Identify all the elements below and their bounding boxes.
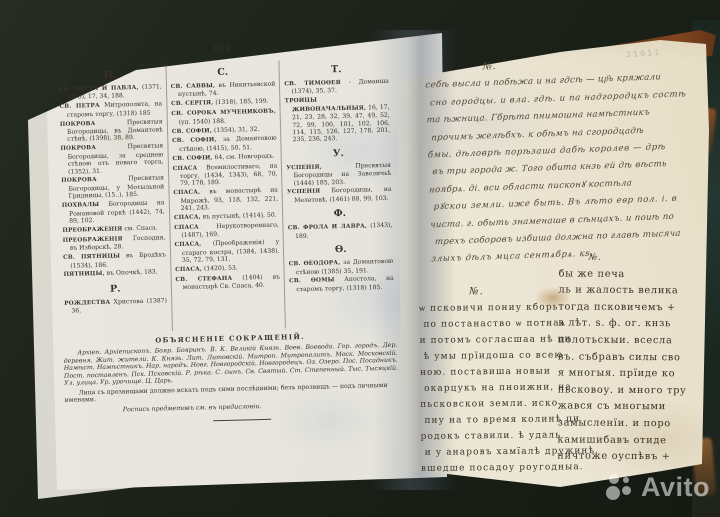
index-block: ПЯТНИЦЫ, въ Опочкѣ, 183. <box>63 269 166 280</box>
index-entry: ТРОИЦЫ ЖИВОНАЧАЛЬНЫЯ, 16, 17, 21, 23, 28… <box>285 95 391 144</box>
index-entry: СПАСА Всемилостиваго, на торгу, (1434, 1… <box>173 162 278 188</box>
handwritten-line: я многыя. прїиде ко <box>558 366 708 384</box>
handwritten-line: тогда псковичемъ + <box>558 299 708 317</box>
index-entry: СВ. СОРОКА МУЧЕНИКОВЪ, (уп. 1540) 188. <box>171 108 276 126</box>
entry-refs: (1354), 31, 32. <box>214 126 260 134</box>
index-block: ПОКРОВА Пресвятыя Богородицы, въ Доманто… <box>60 118 163 144</box>
index-entry: РОЖДЕСТВА Христова (1387) 36. <box>64 297 167 315</box>
index-entry: СВ. ТИМОѲЕЯ - Доманша (1374), 35, 37. <box>284 78 389 96</box>
entry-lead: СВ. СОФІИ, <box>172 155 212 162</box>
entry-lead: ПРЕОБРАЖЕНІЯ <box>62 226 122 233</box>
section-letter-heading: Р. <box>64 282 167 296</box>
index-block: СВ. СОФІИ, за Домантовою стѣною, (1415),… <box>172 135 277 153</box>
index-block: Ѳ. <box>288 243 393 257</box>
index-block: СВ. СОРОКА МУЧЕНИКОВЪ, (уп. 1540) 188. <box>171 108 276 126</box>
entry-refs: (1318), 185, 199. <box>215 98 268 106</box>
section-letter-heading: Ф. <box>287 207 392 221</box>
index-entry: УСПЕНІЯ Богородицы, на Мелетовѣ, (1461) … <box>287 186 392 204</box>
watermark-label: Avito <box>641 472 710 503</box>
index-block: ТРОИЦЫ ЖИВОНАЧАЛЬНЫЯ, 16, 17, 21, 23, 28… <box>285 95 391 144</box>
index-block: ПОКРОВА Пресвятыя Богородицы, у Мотыльно… <box>61 175 164 201</box>
entry-lead: СВ. ФРОЛА И ЛАВРА, <box>288 224 367 232</box>
index-entry: СВ. САВВЫ, въ Никитьевской пустынѣ, 74. <box>171 81 276 99</box>
index-block: СВ. ПЕТРА Митрополита, на старомъ торгу,… <box>59 101 162 119</box>
entry-lead: УСПЕНІЯ <box>287 189 320 196</box>
index-entry: СВ. ПЯТНИЦЫ въ Бродѣхъ (1534), 186. <box>63 251 166 269</box>
index-entry: СВ. ФРОЛА И ЛАВРА, (1343), 189. <box>288 222 393 240</box>
handwriting-block-semiuncial-right: №. бы же печаль и жалость великатогда пс… <box>557 249 709 466</box>
entry-lead: СПАСА, <box>175 242 202 249</box>
index-entry: ПРЕОБРАЖЕНІЯ Господня, въ Изборскѣ, 28. <box>63 234 166 252</box>
entry-lead: СВ. ТИМОѲЕЯ <box>284 80 341 87</box>
index-entry: ПОКРОВА Пресвятыя Богородицы, у Мотыльно… <box>61 175 164 201</box>
index-entry: СВ. ПЕТРА Митрополита, на старомъ торгу,… <box>59 101 162 119</box>
handwritten-line: бы же печа <box>559 266 709 284</box>
index-entry: СВ. СОФІИ, за Домантовою стѣною, (1415),… <box>172 135 277 153</box>
entry-lead: СПАСА, <box>174 215 201 222</box>
index-block: СВ. ПЕТРА И ПАВЛА, (1371, 1373), 17, 34,… <box>59 83 162 101</box>
index-block: С. <box>170 66 275 80</box>
section-letter-heading: П. <box>59 68 162 82</box>
printed-index-block: 280 П. СВ. ПЕТРА И ПАВЛА, (1371, 1373), … <box>54 40 401 425</box>
index-entry: СПАСА, въ монастырѣ на Мирожѣ, 93, 118, … <box>173 187 278 213</box>
entry-lead: ПОКРОВА <box>60 145 96 152</box>
index-block: ПОКРОВА Пресвятыя Богородицы, за среднею… <box>60 143 163 176</box>
entry-lead: СПАСА <box>173 165 198 172</box>
index-block: УСПЕНІЯ, Пресвятыя Богородицы на Завелич… <box>286 162 391 188</box>
index-block: Т. <box>284 63 389 77</box>
index-block: У. <box>286 147 391 161</box>
entry-lead: УСПЕНІЯ, <box>286 164 322 171</box>
entry-lead: ПОХВАЛЫ <box>62 202 100 209</box>
index-block: СВ. САВВЫ, въ Никитьевской пустынѣ, 74. <box>171 81 276 99</box>
entry-lead: СВ. ПЕТРА <box>59 103 100 110</box>
entry-refs: см. Спаса. <box>124 224 158 232</box>
index-entry: СВ. ѲОМЫ Апостола, на старомъ торгу, (13… <box>289 275 394 293</box>
handwritten-line: въ. събравъ силы сво <box>558 349 708 367</box>
section-letter-heading: Ѳ. <box>288 243 393 257</box>
handwritten-line: ль и жалость велика <box>558 283 708 301</box>
index-entry: ПОХВАЛЫ Богородицы на Романовой горкѣ (1… <box>62 200 165 226</box>
index-entry: СВ. ПЕТРА И ПАВЛА, (1371, 1373), 17, 34,… <box>59 83 162 101</box>
entry-lead: РОЖДЕСТВА <box>64 300 110 307</box>
section-letter-heading: У. <box>286 147 391 161</box>
handwritten-line: замысленїи. и поро <box>557 415 707 433</box>
entry-lead: ПОКРОВА <box>60 121 96 128</box>
entry-lead: ПРЕОБРАЖЕНІЯ <box>63 236 123 243</box>
index-block: Р. <box>64 282 167 296</box>
entry-lead: СВ. ѲОМЫ <box>289 278 335 285</box>
index-block: СВ. СТЕФАНА (1404) въ монастырѣ Св. Спас… <box>175 273 280 291</box>
index-entry: СВ. ѲЕОДОРА, за Домантовою стѣною (1385)… <box>289 258 394 276</box>
index-block: СВ. ФРОЛА И ЛАВРА, (1343), 189. <box>288 222 393 240</box>
index-block: СПАСА Нерукотвореннаго, (1487), 169. <box>174 222 279 240</box>
index-entry: СПАСА, (Преображенія) у стараго костра, … <box>175 239 280 265</box>
entry-lead: СВ. САВВЫ, <box>171 83 216 90</box>
entry-lead: СВ. СЕРГІЯ, <box>171 100 213 107</box>
entry-lead: ПОКРОВА <box>61 177 97 184</box>
index-entry: ПЯТНИЦЫ, въ Опочкѣ, 183. <box>63 269 166 280</box>
handwritten-line: ничтоже оуспѣвъ + <box>557 449 707 467</box>
index-entry: ПОКРОВА Пресвятыя Богородицы, въ Доманто… <box>60 118 163 144</box>
index-block: СПАСА, (Преображенія) у стараго костра, … <box>175 239 280 265</box>
index-columns: П. СВ. ПЕТРА И ПАВЛА, (1371, 1373), 17, … <box>54 58 398 334</box>
entry-refs: въ Опочкѣ, 183. <box>107 269 158 277</box>
handwritten-line: жався съ многыми <box>558 399 708 417</box>
entry-lead: ПЯТНИЦЫ, <box>63 271 104 278</box>
entry-lead: СПАСА, <box>173 190 200 197</box>
section-letter-heading: Т. <box>284 63 389 77</box>
index-block: РОЖДЕСТВА Христова (1387) 36. <box>64 297 167 315</box>
handwriting-block-cursive: №. себѣ высла и побѣжа и на гдсѣ — цр҃ь … <box>424 52 686 270</box>
entry-lead: ТРОИЦЫ ЖИВОНАЧАЛЬНЫЯ, <box>285 98 366 113</box>
index-column: Т. СВ. ТИМОѲЕЯ - Доманша (1374), 35, 37.… <box>279 58 399 329</box>
index-block: СВ. ТИМОѲЕЯ - Доманша (1374), 35, 37. <box>284 78 389 96</box>
index-block: СВ. ѲЕОДОРА, за Домантовою стѣною (1385)… <box>289 258 394 276</box>
entry-lead: СВ. СОФІИ, <box>172 137 217 144</box>
handwritten-line: камишибавъ отиде <box>557 432 707 450</box>
entry-lead: СВ. ПЯТНИЦЫ <box>63 254 120 261</box>
index-block: Ф. <box>287 207 392 221</box>
entry-lead: СВ. СОРОКА МУЧЕНИКОВЪ, <box>171 109 276 118</box>
index-entry: ПОКРОВА Пресвятыя Богородицы, за среднею… <box>60 143 163 176</box>
abbreviations-text: Архіеп. Архіепископъ. Бояр. Бояринъ. В. … <box>63 342 398 388</box>
index-block: СВ. ПЯТНИЦЫ въ Бродѣхъ (1534), 186. <box>63 251 166 269</box>
entry-refs: (уп. 1540) 188. <box>179 117 226 125</box>
numero-mark: №. <box>589 250 709 267</box>
index-block: УСПЕНІЯ Богородицы, на Мелетовѣ, (1461) … <box>287 186 392 204</box>
index-block: СПАСА Всемилостиваго, на торгу, (1434, 1… <box>173 162 278 188</box>
index-block: П. <box>59 68 162 82</box>
index-entry: СПАСА Нерукотвореннаго, (1487), 169. <box>174 222 279 240</box>
entry-lead: СВ. СОФІИ, <box>172 128 212 135</box>
section-letter-heading: С. <box>170 66 275 80</box>
handwritten-line: пьсковоу. и много тру <box>558 382 708 400</box>
index-entry: СВ. СТЕФАНА (1404) въ монастырѣ Св. Спас… <box>175 273 280 291</box>
avito-logo-icon <box>606 473 636 503</box>
index-block: ПРЕОБРАЖЕНІЯ Господня, въ Изборскѣ, 28. <box>63 234 166 252</box>
page-number: 280 <box>202 43 242 53</box>
avito-watermark: Avito <box>606 472 710 503</box>
handwritten-line: в лѣт. ѕ. ф. ог. кнзь <box>558 316 708 334</box>
entry-lead: СПАСА, <box>175 266 202 273</box>
index-block: ПОХВАЛЫ Богородицы на Романовой горкѣ (1… <box>62 200 165 226</box>
entry-lead: СВ. СТЕФАНА <box>175 276 232 283</box>
entry-refs: (1420), 53. <box>204 265 238 273</box>
entry-lead: СВ. ѲЕОДОРА, <box>289 260 341 267</box>
index-block: СВ. ѲОМЫ Апостола, на старомъ торгу, (13… <box>289 275 394 293</box>
book-photo-scene: 280 П. СВ. ПЕТРА И ПАВЛА, (1371, 1373), … <box>0 0 720 517</box>
index-column: С. СВ. САВВЫ, въ Никитьевской пустынѣ, 7… <box>165 61 285 332</box>
entry-lead: СВ. ПЕТРА И ПАВЛА, <box>59 85 139 93</box>
entry-lead: СПАСА <box>174 225 199 232</box>
index-column: П. СВ. ПЕТРА И ПАВЛА, (1371, 1373), 17, … <box>54 63 171 334</box>
entry-refs: 64, см. Новгородъ. <box>215 152 275 160</box>
index-block: СПАСА, въ монастырѣ на Мирожѣ, 93, 118, … <box>173 187 278 213</box>
entry-refs: въ пустынѣ, (1414), 50. <box>203 212 277 221</box>
index-entry: УСПЕНІЯ, Пресвятыя Богородицы на Завелич… <box>286 162 391 188</box>
handwritten-line: полотьскыи. всесла <box>558 332 708 350</box>
